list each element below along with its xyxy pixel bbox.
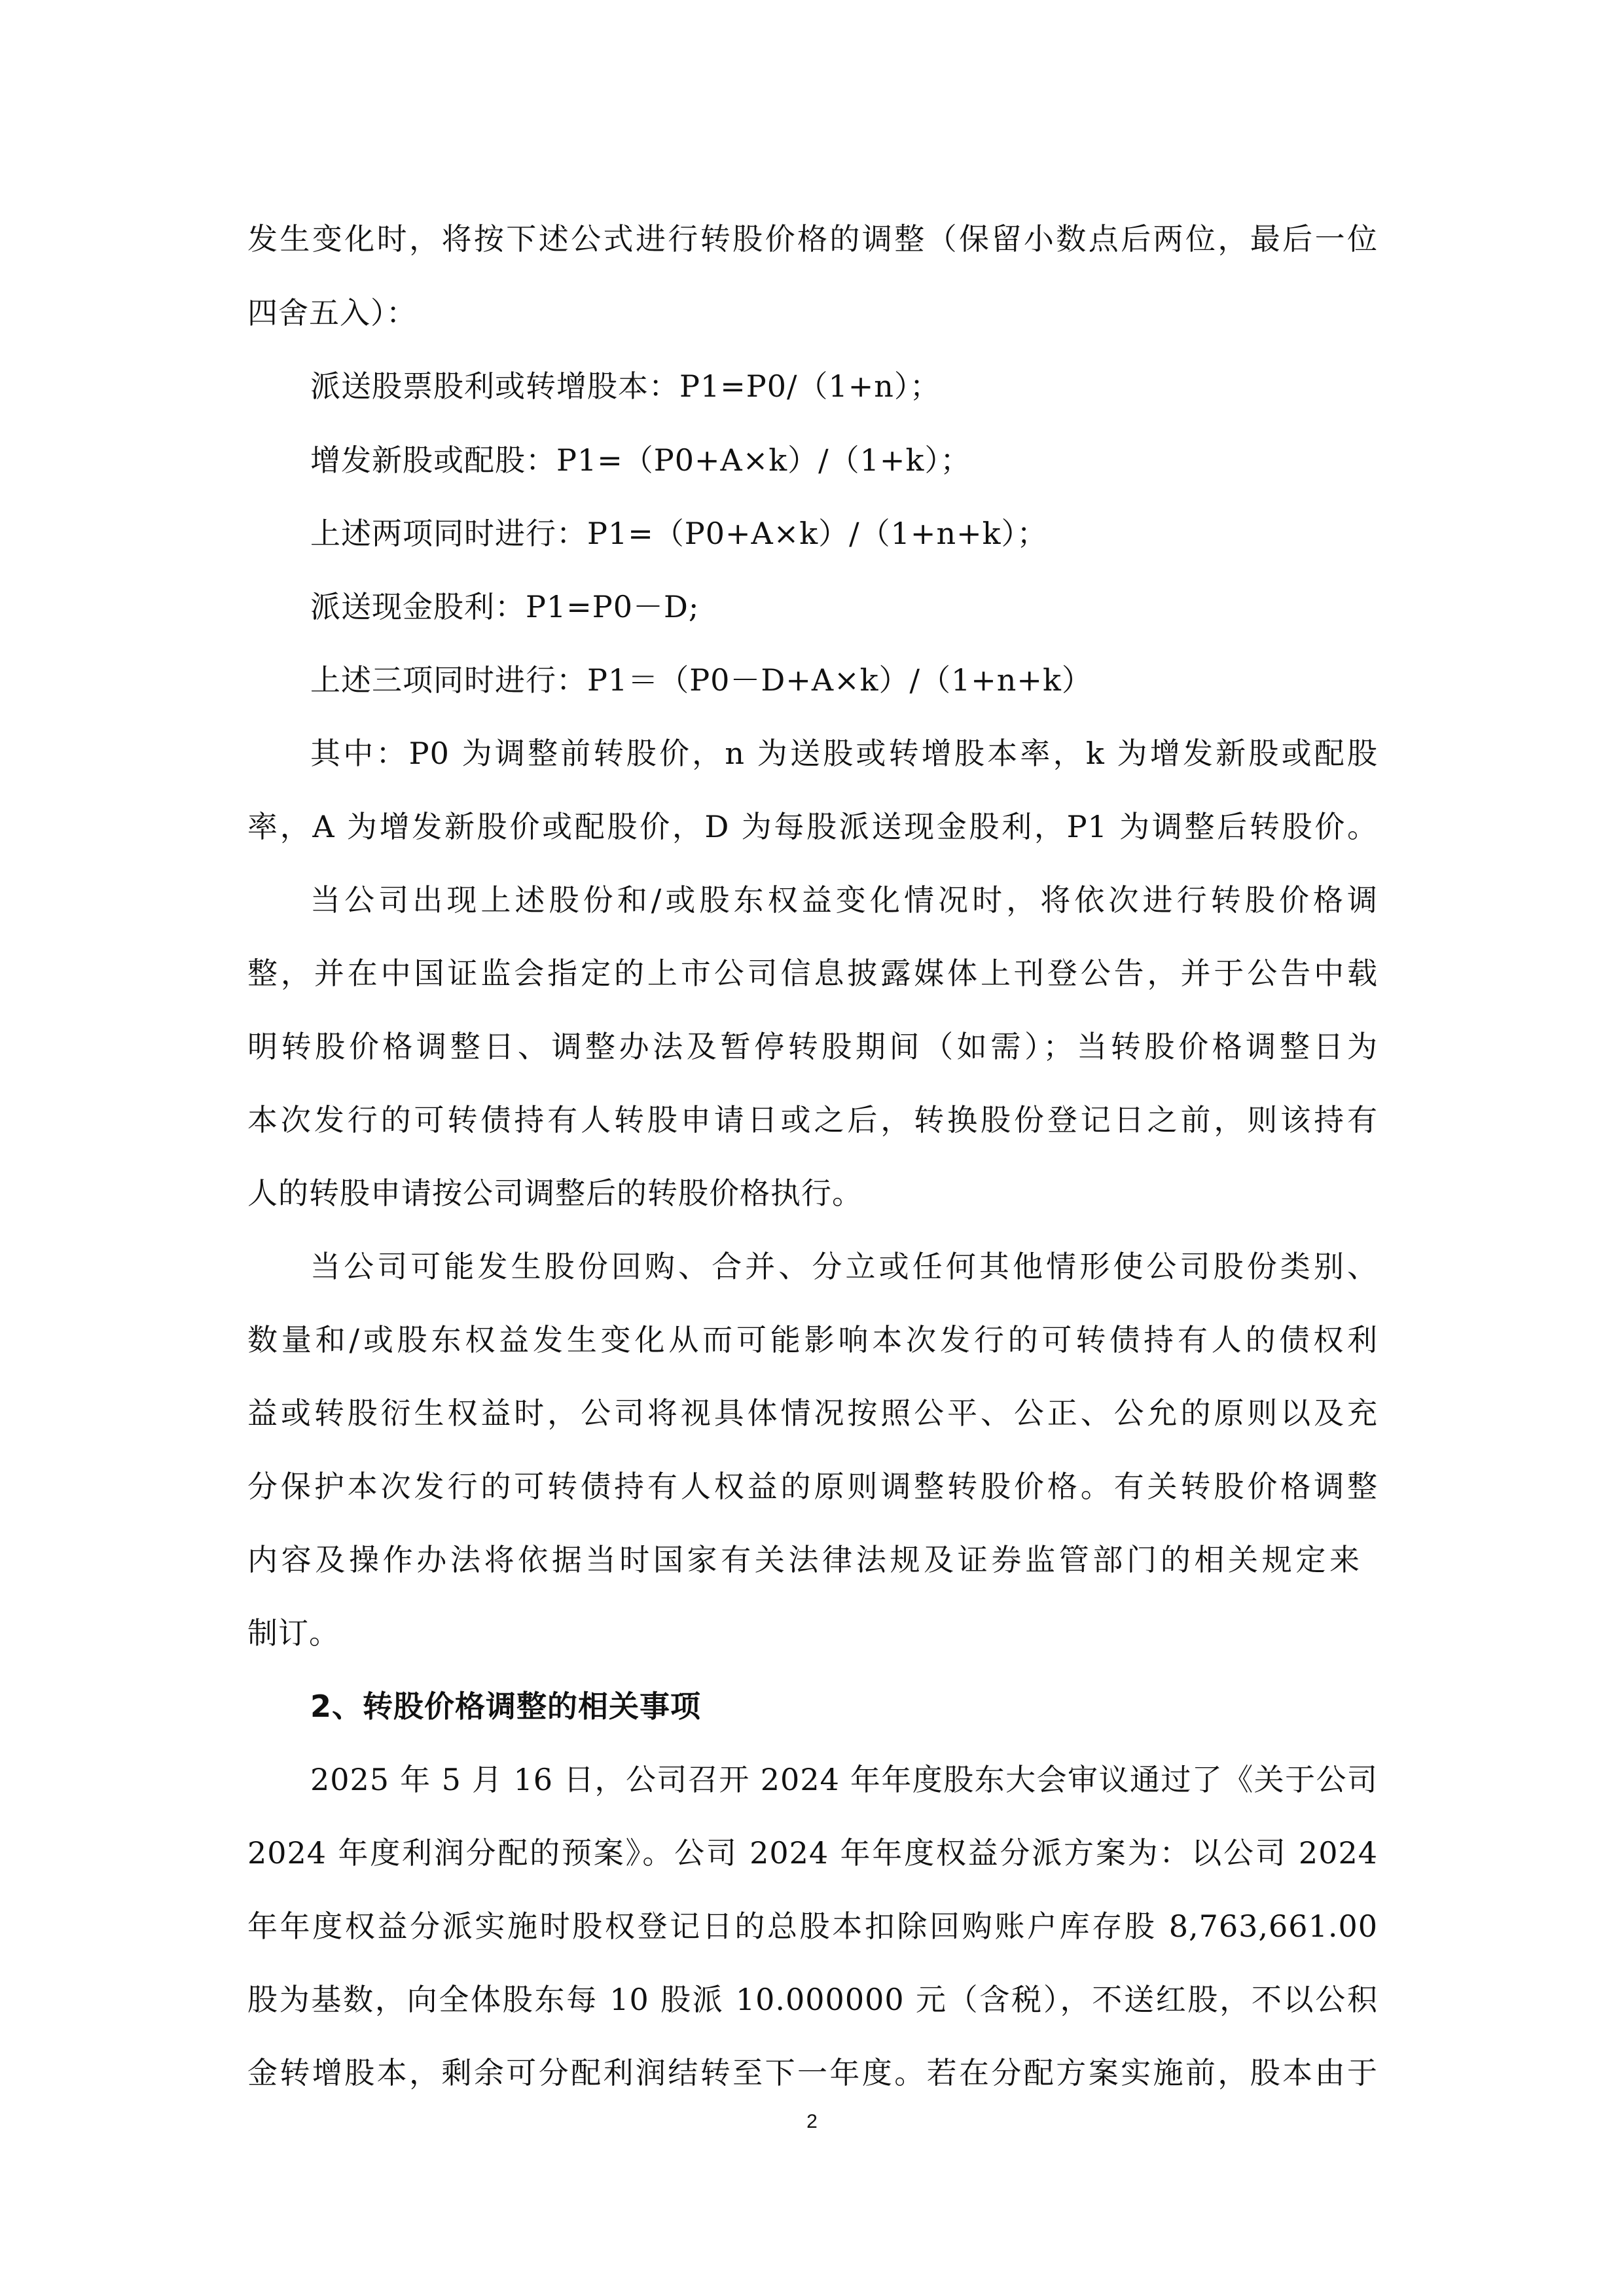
formula-new-share-issue: 增发新股或配股：P1=（P0+A×k）/（1+k）； <box>310 440 971 480</box>
announcement-line-2: 整，并在中国证监会指定的上市公司信息披露媒体上刊登公告，并于公告中载 <box>247 954 1378 993</box>
announcement-line-3: 明转股价格调整日、调整办法及暂停转股期间（如需）；当转股价格调整日为 <box>247 1027 1378 1066</box>
section-paragraph-line-4: 股为基数，向全体股东每 10 股派 10.000000 元（含税），不送红股，不… <box>247 1980 1378 2019</box>
section-paragraph-line-2: 2024 年度利润分配的预案》。公司 2024 年年度权益分派方案为：以公司 2… <box>247 1833 1378 1873</box>
definitions-line-2: 率，A 为增发新股价或配股价，D 为每股派送现金股利，P1 为调整后转股价。 <box>247 807 1378 846</box>
other-cases-line-6: 制订。 <box>247 1613 340 1653</box>
formula-cash-dividend: 派送现金股利：P1=P0－D; <box>310 587 699 626</box>
announcement-line-1: 当公司出现上述股份和/或股东权益变化情况时，将依次进行转股价格调 <box>310 880 1378 920</box>
announcement-line-5: 人的转股申请按公司调整后的转股价格执行。 <box>247 1174 863 1213</box>
other-cases-line-1: 当公司可能发生股份回购、合并、分立或任何其他情形使公司股份类别、 <box>310 1247 1378 1286</box>
formula-combined-two: 上述两项同时进行：P1=（P0+A×k）/（1+n+k）； <box>310 514 1048 553</box>
formula-stock-dividend: 派送股票股利或转增股本：P1=P0/（1+n）； <box>310 367 941 406</box>
other-cases-line-2: 数量和/或股东权益发生变化从而可能影响本次发行的可转债持有人的债权利 <box>247 1320 1378 1359</box>
formula-combined-three: 上述三项同时进行：P1＝（P0－D+A×k）/（1+n+k） <box>310 660 1092 700</box>
section-paragraph-line-5: 金转增股本，剩余可分配利润结转至下一年度。若在分配方案实施前，股本由于 <box>247 2053 1378 2092</box>
section-paragraph-line-3: 年年度权益分派实施时股权登记日的总股本扣除回购账户库存股 8,763,661.0… <box>247 1907 1378 1946</box>
document-page: 发生变化时，将按下述公式进行转股价格的调整（保留小数点后两位，最后一位 四舍五入… <box>0 0 1624 2296</box>
page-number: 2 <box>0 2111 1624 2133</box>
other-cases-line-4: 分保护本次发行的可转债持有人权益的原则调整转股价格。有关转股价格调整 <box>247 1467 1378 1506</box>
section-paragraph-line-1: 2025 年 5 月 16 日，公司召开 2024 年年度股东大会审议通过了《关… <box>310 1760 1378 1799</box>
definitions-line-1: 其中：P0 为调整前转股价，n 为送股或转增股本率，k 为增发新股或配股 <box>310 734 1378 773</box>
other-cases-line-3: 益或转股衍生权益时，公司将视具体情况按照公平、公正、公允的原则以及充 <box>247 1393 1378 1433</box>
section-heading: 2、转股价格调整的相关事项 <box>310 1687 701 1726</box>
intro-line-2: 四舍五入）： <box>247 293 417 332</box>
intro-line-1: 发生变化时，将按下述公式进行转股价格的调整（保留小数点后两位，最后一位 <box>247 219 1378 259</box>
other-cases-line-5: 内容及操作办法将依据当时国家有关法律法规及证券监管部门的相关规定来 <box>247 1540 1360 1579</box>
announcement-line-4: 本次发行的可转债持有人转股申请日或之后，转换股份登记日之前，则该持有 <box>247 1100 1378 1139</box>
